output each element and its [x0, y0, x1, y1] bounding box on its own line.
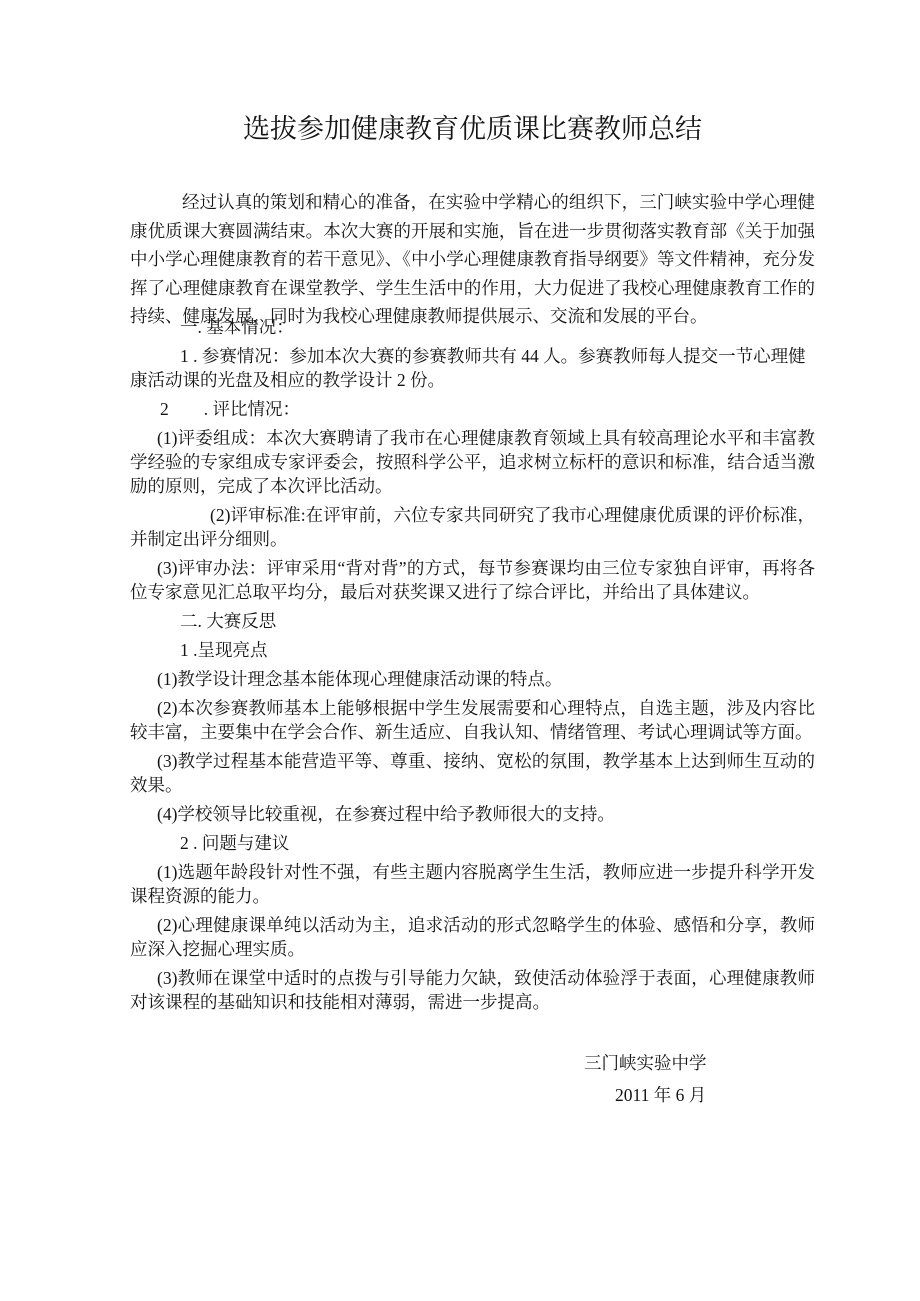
signature-date: 2011 年 6 月: [615, 1083, 815, 1107]
document-title: 选拔参加健康教育优质课比赛教师总结: [130, 0, 815, 150]
item-highlight-2: (2)本次参赛教师基本上能够根据中学生发展需要和心理特点，自选主题，涉及内容比较…: [130, 696, 815, 744]
item-problems-heading: 2 . 问题与建议: [130, 831, 815, 855]
item-problem-1: (1)选题年龄段针对性不强，有些主题内容脱离学生生活，教师应进一步提升科学开发课…: [130, 860, 815, 908]
document-body: 经过认真的策划和精心的准备，在实验中学精心的组织下，三门峡实验中学心理健康优质课…: [130, 188, 815, 1014]
document-content: 选拔参加健康教育优质课比赛教师总结 经过认真的策划和精心的准备，在实验中学精心的…: [130, 0, 815, 1107]
item-problem-2: (2)心理健康课单纯以活动为主，追求活动的形式忽略学生的体验、感悟和分享，教师应…: [130, 913, 815, 961]
item-highlight-3: (3)教学过程基本能营造平等、尊重、接纳、宽松的氛围，教学基本上达到师生互动的效…: [130, 749, 815, 797]
intro-paragraph: 经过认真的策划和精心的准备，在实验中学精心的组织下，三门峡实验中学心理健康优质课…: [130, 188, 815, 331]
item-problem-3: (3)教师在课堂中适时的点拨与引导能力欠缺，致使活动体验浮于表面，心理健康教师对…: [130, 966, 815, 1014]
item-participation: 1 . 参赛情况：参加本次大赛的参赛教师共有 44 人。参赛教师每人提交一节心理…: [130, 344, 815, 392]
item-review-method: (3)评审办法：评审采用“背对背”的方式，每节参赛课均由三位专家独自评审，再将各…: [130, 556, 815, 604]
signature-school: 三门峡实验中学: [584, 1051, 815, 1075]
document-page: 选拔参加健康教育优质课比赛教师总结 经过认真的策划和精心的准备，在实验中学精心的…: [0, 0, 920, 1301]
item-review-standard: (2)评审标准:在评审前，六位专家共同研究了我市心理健康优质课的评价标准，并制定…: [130, 503, 815, 551]
item-highlights-heading: 1 .呈现亮点: [130, 638, 815, 662]
item-highlight-1: (1)教学设计理念基本能体现心理健康活动课的特点。: [130, 667, 815, 691]
item-evaluation-heading: 2 . 评比情况：: [130, 397, 815, 421]
item-highlight-4: (4)学校领导比较重视，在参赛过程中给予教师很大的支持。: [130, 802, 815, 826]
item-judge-panel: (1)评委组成：本次大赛聘请了我市在心理健康教育领域上具有较高理论水平和丰富教学…: [130, 426, 815, 498]
section-heading-reflection: 二. 大赛反思: [130, 609, 815, 633]
